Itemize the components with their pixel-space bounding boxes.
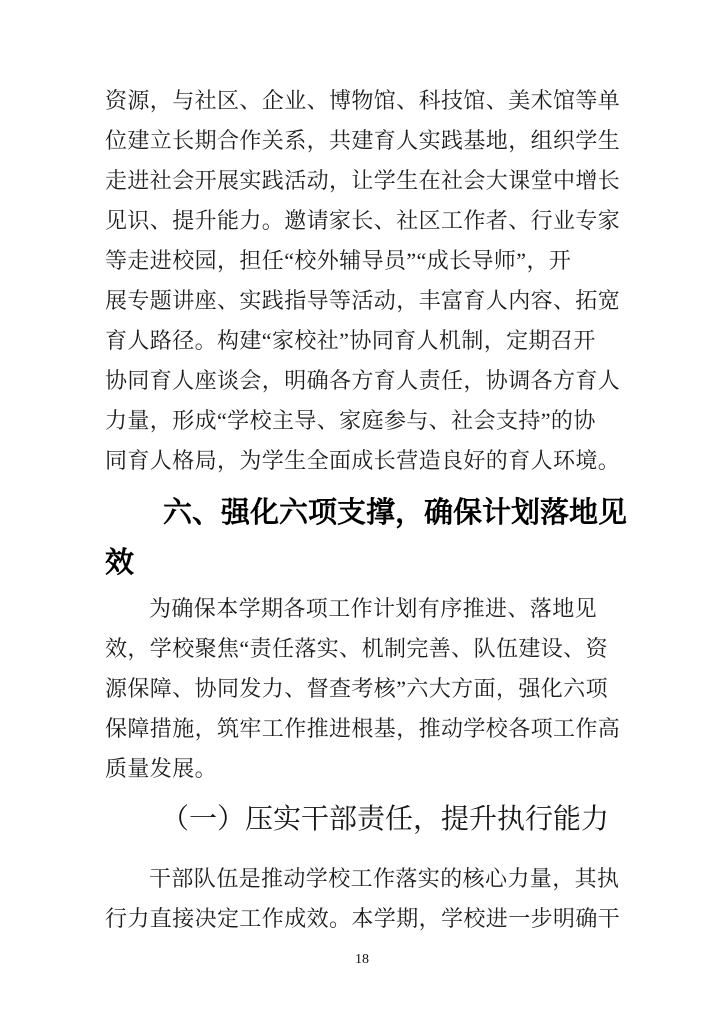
body-line: 协同育人座谈会，明确各方育人责任，协调各方育人 [105, 361, 625, 401]
body-line: 质量发展。 [105, 749, 625, 789]
body-line: 展专题讲座、实践指导等活动，丰富育人内容、拓宽 [105, 281, 625, 321]
body-line: 干部队伍是推动学校工作落实的核心力量，其执 [105, 859, 625, 899]
body-line: 力量，形成“学校主导、家庭参与、社会支持”的协 [105, 401, 625, 441]
document-page: 资源，与社区、企业、博物馆、科技馆、美术馆等单 位建立长期合作关系，共建育人实践… [0, 0, 724, 1024]
body-line: 走进社会开展实践活动，让学生在社会大课堂中增长 [105, 161, 625, 201]
paragraph-continuation: 资源，与社区、企业、博物馆、科技馆、美术馆等单 位建立长期合作关系，共建育人实践… [105, 81, 625, 481]
paragraph-support-measures: 为确保本学期各项工作计划有序推进、落地见 效，学校聚焦“责任落实、机制完善、队伍… [105, 589, 625, 789]
subsection-heading: （一）压实干部责任，提升执行能力 [105, 795, 681, 845]
body-line: 保障措施，筑牢工作推进根基，推动学校各项工作高 [105, 709, 625, 749]
body-line: 源保障、协同发力、督查考核”六大方面，强化六项 [105, 669, 625, 709]
section-heading-line: 六、强化六项支撑，确保计划落地见 [105, 487, 625, 537]
body-line: 见识、提升能力。邀请家长、社区工作者、行业专家 [105, 201, 625, 241]
body-line: 育人路径。构建“家校社”协同育人机制，定期召开 [105, 321, 625, 361]
body-line: 行力直接决定工作成效。本学期，学校进一步明确干 [105, 899, 625, 939]
section-heading-line: 效 [105, 537, 625, 587]
body-line: 位建立长期合作关系，共建育人实践基地，组织学生 [105, 121, 625, 161]
paragraph-cadre-team: 干部队伍是推动学校工作落实的核心力量，其执 行力直接决定工作成效。本学期，学校进… [105, 859, 625, 939]
body-line: 效，学校聚焦“责任落实、机制完善、队伍建设、资 [105, 629, 625, 669]
body-line: 等走进校园，担任“校外辅导员”“成长导师”，开 [105, 241, 625, 281]
page-number: 18 [0, 952, 724, 968]
body-line: 为确保本学期各项工作计划有序推进、落地见 [105, 589, 625, 629]
section-heading: 六、强化六项支撑，确保计划落地见 效 [105, 487, 625, 587]
body-line: 同育人格局，为学生全面成长营造良好的育人环境。 [105, 441, 625, 481]
body-line: 资源，与社区、企业、博物馆、科技馆、美术馆等单 [105, 81, 625, 121]
